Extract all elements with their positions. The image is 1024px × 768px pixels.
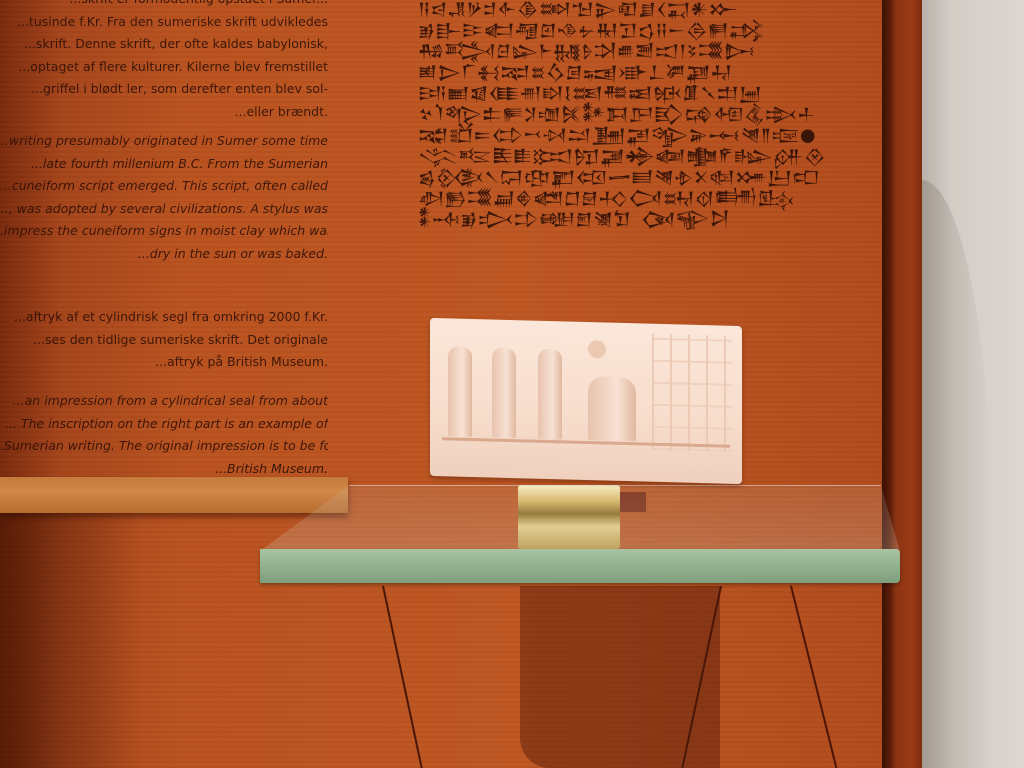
seated-figure	[588, 376, 636, 441]
standing-figure	[448, 346, 472, 437]
cuneiform-line: 𒀠𒁖𒂃𒃷𒄯𒅤𒆸𒇛𒈧𒉏𒊻𒋼𒌦𒍖	[418, 189, 828, 210]
label-line: ...Sumerian writing. The original impres…	[0, 435, 328, 458]
label-line: ...an impression from a cylindrical seal…	[0, 390, 328, 413]
panel-shadow	[0, 500, 140, 768]
standing-figure	[492, 348, 516, 439]
cuneiform-line: 𒂊𒃲𒄿𒅗𒆷𒇻𒈾𒉡𒊑𒋛𒌓𒍝𒀸𒁲𒂍𒃶	[418, 21, 828, 42]
label-line: ...skrift er formodentlig opstået i Sume…	[0, 0, 328, 11]
label-line: ..., was adopted by several civilization…	[0, 198, 328, 221]
label-line: ...writing presumably originated in Sume…	[0, 130, 328, 153]
cuneiform-line: 𒅖𒆕𒇲𒈬𒉈𒊺𒋝𒌆𒍢𒀝𒁇𒂄𒃞𒄷	[418, 63, 828, 84]
label-line: ...ses den tidlige sumeriske skrift. Det…	[0, 329, 328, 352]
label-line: ...skrift. Denne skrift, der ofte kaldes…	[0, 33, 328, 56]
label-line: ...aftryk på British Museum.	[0, 351, 328, 374]
cuneiform-line: 𒄀𒅋𒆪𒇽𒈨𒉆𒊩𒋫𒌑𒍪𒀊𒁹𒂟𒃮𒄖	[418, 42, 828, 63]
wooden-ledge	[0, 477, 348, 513]
cuneiform-line: 𒋞𒌈𒍩𒀾𒁎𒂖𒃡𒄉𒅙𒆟𒇳𒈗𒉎𒊮𒋻	[418, 147, 828, 168]
cuneiform-line: 𒉋𒊬𒋰𒌌𒍗𒀴𒁺𒂞𒃢𒄊𒅕𒆰𒇴𒈫𒉘𒊹	[418, 126, 828, 147]
seal-inscription-panel	[652, 334, 732, 452]
label-line: ...late fourth millenium B.C. From the S…	[0, 153, 328, 176]
label-line: ...aftryk af et cylindrisk segl fra omkr…	[0, 306, 328, 329]
label-line: ...optaget af flere kulturer. Kilerne bl…	[0, 56, 328, 79]
shelf-shadow	[520, 586, 720, 768]
standing-figure	[538, 349, 562, 440]
label-line: ...dry in the sun or was baked.	[0, 243, 328, 266]
cuneiform-inscription: 𒀀𒁀𒂗𒃻𒄑𒅆𒆠𒇷𒈠𒉌𒊏𒋗𒌋𒍑𒀭𒁍 𒂊𒃲𒄿𒅗𒆷𒇻𒈾𒉡𒊑𒋛𒌓𒍝𒀸𒁲𒂍𒃶 𒄀𒅋𒆪𒇽𒈨𒉆…	[418, 0, 828, 250]
label-line: ...cuneiform script emerged. This script…	[0, 175, 328, 198]
cuneiform-line: 𒀮𒁄𒂋𒃴𒄞𒅍𒆼𒇶𒈣 𒉐𒊍𒋖	[418, 210, 828, 231]
label-english-seal: ...an impression from a cylindrical seal…	[0, 390, 328, 480]
cuneiform-line: 𒅀𒆤𒇯𒈪𒉣𒊭𒋙𒌅𒍣𒀜𒁮𒂠𒃵𒄥𒅁	[418, 84, 828, 105]
label-english-intro: ...writing presumably originated in Sume…	[0, 130, 328, 265]
cylinder-seal-impression	[430, 318, 742, 484]
label-line: ...tusinde f.Kr. Fra den sumeriske skrif…	[0, 11, 328, 34]
cuneiform-line: 𒀀𒁀𒂗𒃻𒄑𒅆𒆠𒇷𒈠𒉌𒊏𒋗𒌋𒍑𒀭𒁍	[418, 0, 828, 21]
label-danish-intro: ...skrift er formodentlig opstået i Sume…	[0, 0, 328, 123]
glass-shelf-surface	[260, 485, 900, 551]
cuneiform-line: 𒆳𒇺𒈜𒉺𒊓𒋡𒌝𒍮𒀯𒁕𒂅𒃼𒄙𒅇𒆬𒇸𒈦	[418, 105, 828, 126]
label-line: ...eller brændt.	[0, 101, 328, 124]
label-danish-seal: ...aftryk af et cylindrisk segl fra omkr…	[0, 306, 328, 374]
sun-disc-motif	[588, 340, 606, 358]
label-line: ...griffel i blødt ler, som derefter ent…	[0, 78, 328, 101]
cuneiform-line: 𒌗𒍜𒀹𒁶𒂦𒃛𒄢𒅂𒆦𒇵𒈮𒉽𒊛𒋤𒌨𒍏	[418, 168, 828, 189]
glass-shelf-edge	[260, 549, 900, 583]
label-line: ...impress the cuneiform signs in moist …	[0, 220, 328, 243]
panel-frame-edge	[882, 0, 922, 768]
label-line: ... The inscription on the right part is…	[0, 413, 328, 436]
